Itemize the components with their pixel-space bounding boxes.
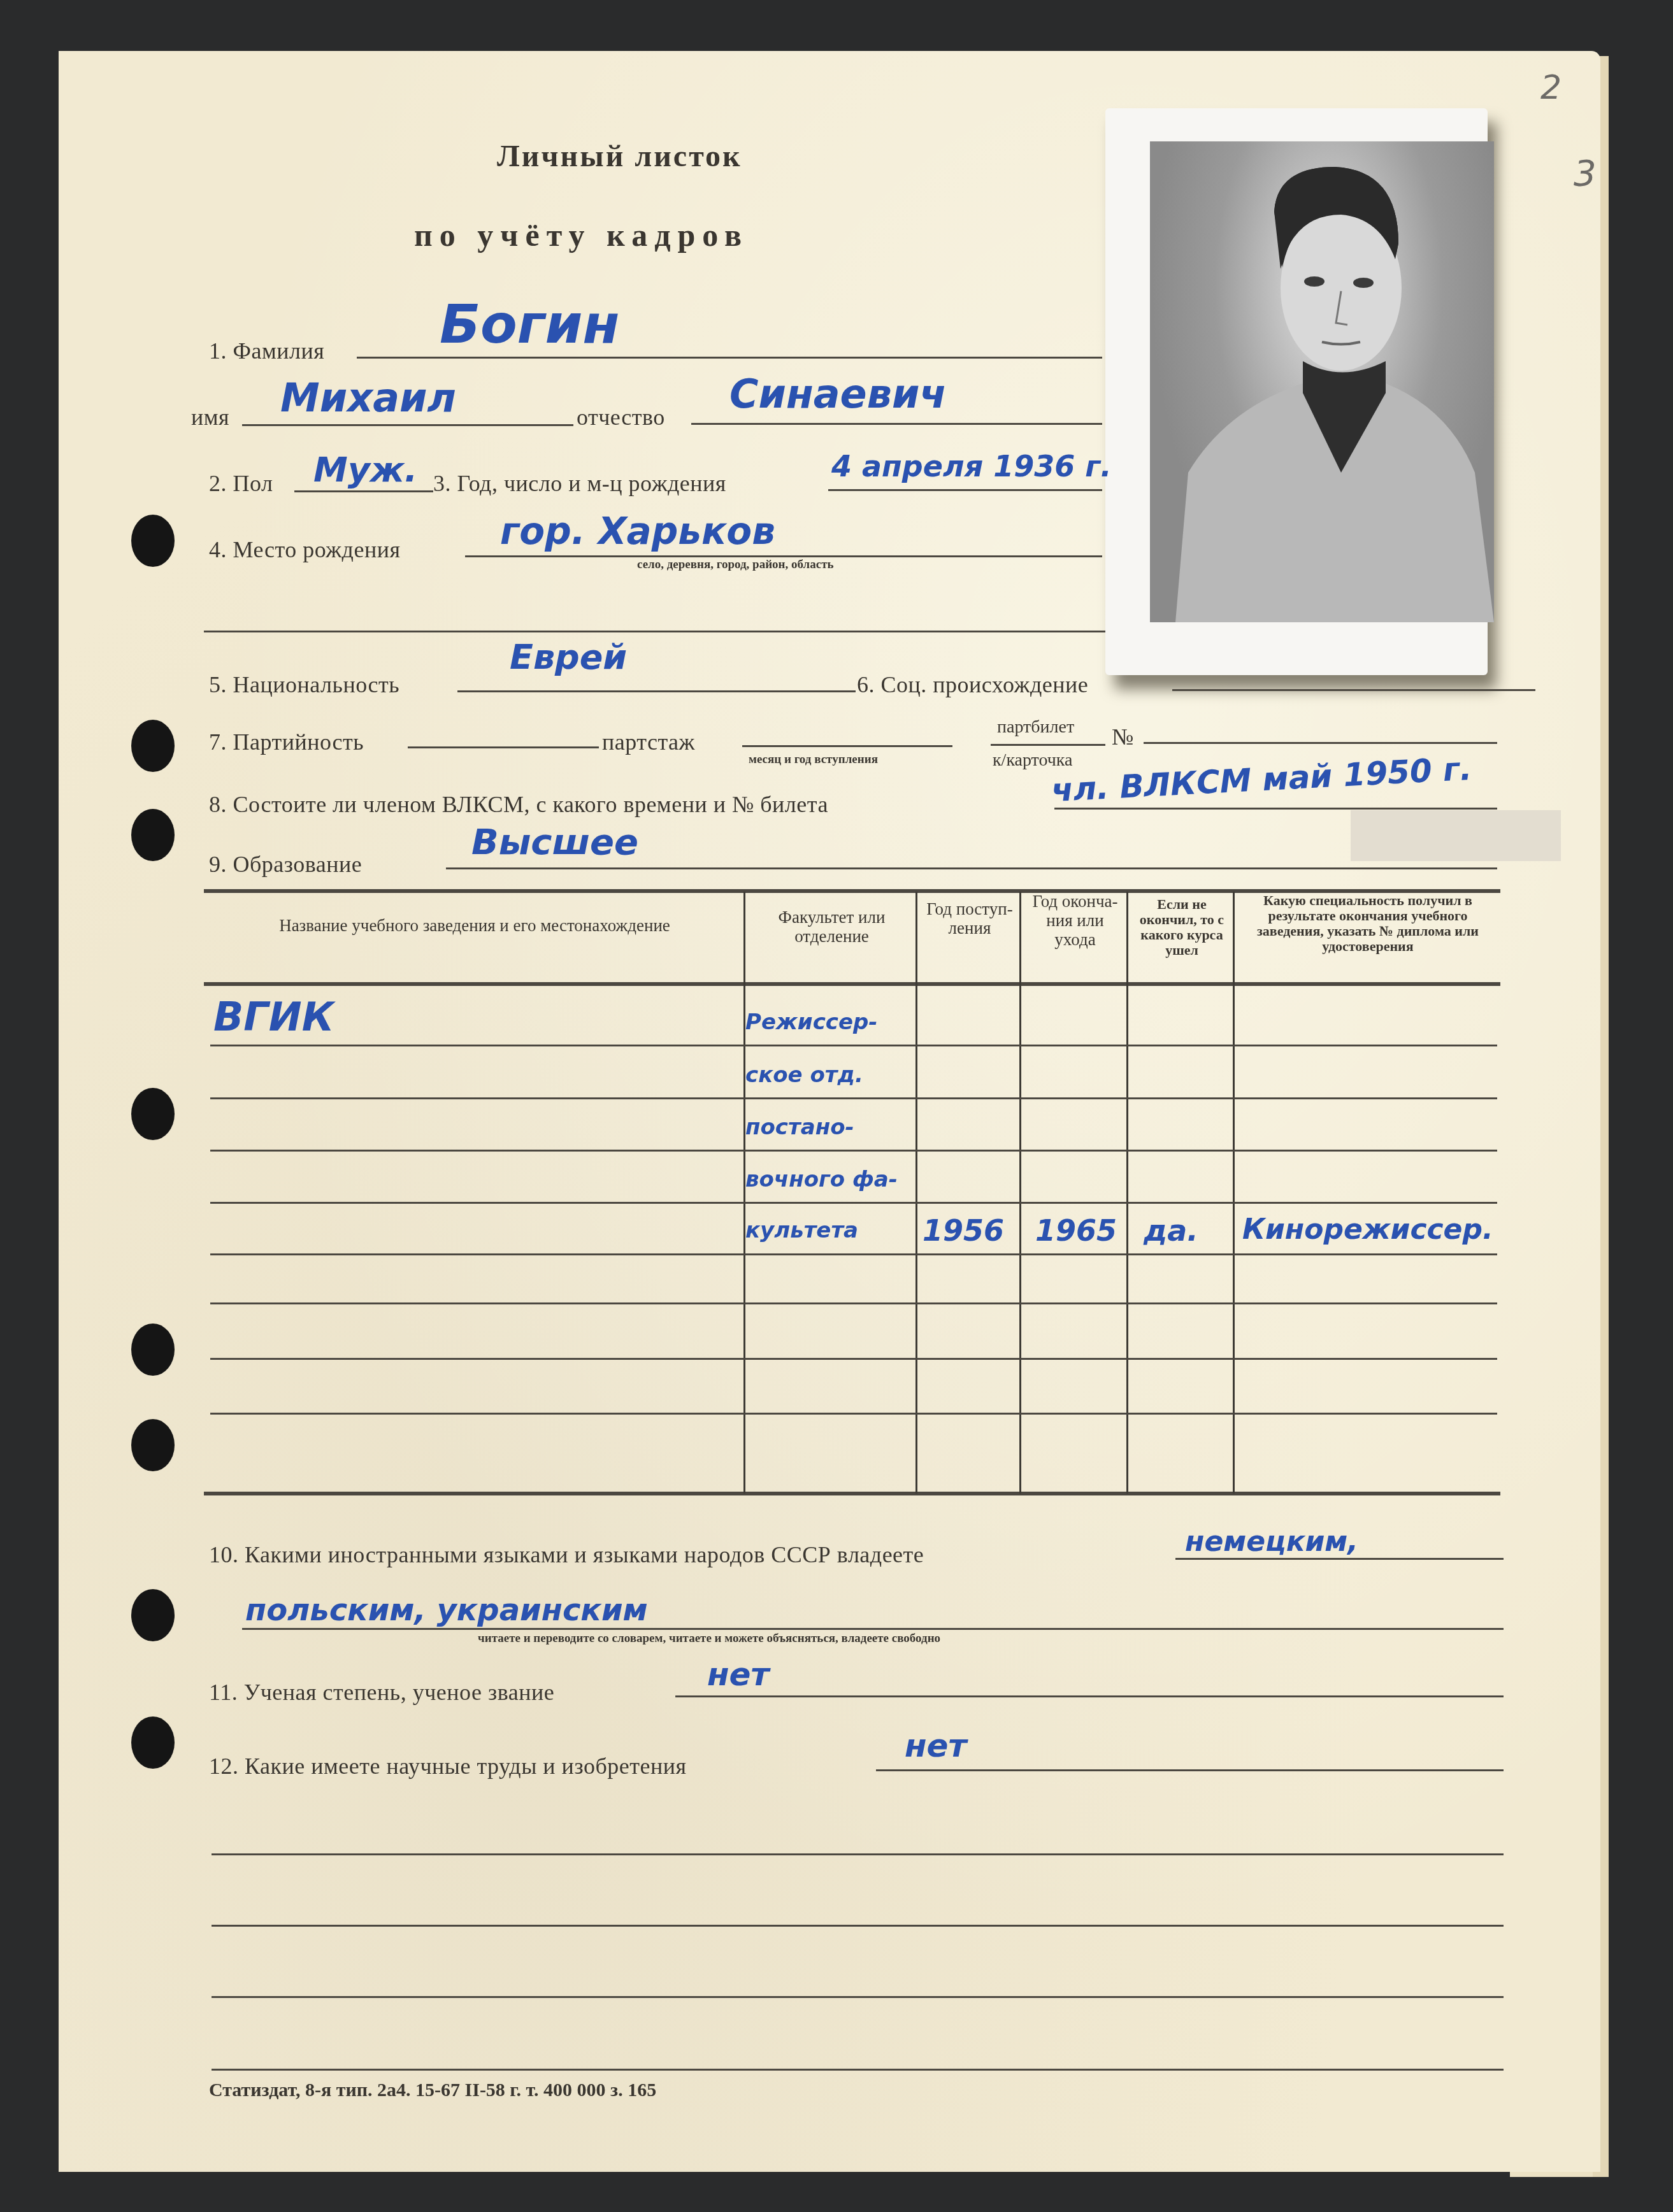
party-card-label: партбилет [997, 717, 1074, 738]
blank-line [212, 1996, 1504, 1998]
sex-line [294, 490, 433, 492]
komsomol-line [1054, 808, 1497, 810]
party-card-number-label: № [1112, 724, 1134, 750]
table-row-line [210, 1253, 1497, 1255]
patronymic-label: отчество [577, 404, 665, 431]
table-header-year-in: Год поступ-ления [923, 899, 1017, 938]
languages-value-2[interactable]: польским, украинским [245, 1592, 648, 1628]
table-row-line [210, 1358, 1497, 1360]
nationality-line [457, 690, 856, 692]
table-header-faculty: Факультет или отделение [750, 908, 913, 946]
binder-hole [131, 1716, 175, 1769]
scientific-works-line [876, 1769, 1504, 1771]
first-name-line [242, 424, 573, 426]
nationality-label: 5. Национальность [209, 671, 399, 698]
degree-label: 11. Ученая степень, ученое звание [209, 1679, 554, 1706]
surname-value[interactable]: Богин [440, 293, 620, 355]
table-column-divider [915, 892, 917, 1494]
faculty-cell-line[interactable]: культета [745, 1218, 858, 1243]
birth-date-line [828, 489, 1102, 491]
binder-hole [131, 515, 175, 567]
table-row-line [210, 1097, 1497, 1099]
blank-line [212, 1853, 1504, 1855]
education-value[interactable]: Высшее [471, 822, 638, 863]
birth-date-label: 3. Год, число и м-ц рождения [433, 470, 726, 497]
party-card-number-line[interactable] [1144, 742, 1497, 744]
table-column-divider [743, 892, 745, 1494]
birth-date-value[interactable]: 4 апреля 1936 г. [831, 449, 1112, 483]
not-finished-cell[interactable]: да. [1144, 1213, 1198, 1248]
redacted-area [1351, 810, 1561, 861]
party-card-sub-label: к/карточка [993, 750, 1072, 771]
binder-hole [131, 809, 175, 861]
sex-label: 2. Пол [209, 470, 273, 497]
portrait-silhouette-icon [1150, 141, 1494, 622]
institution-cell[interactable]: ВГИК [213, 994, 334, 1040]
birthplace-value[interactable]: гор. Харьков [500, 510, 775, 553]
sex-value[interactable]: Муж. [313, 450, 417, 490]
table-row-line [210, 1202, 1497, 1204]
faculty-cell-line[interactable]: Режиссер- [745, 1010, 877, 1035]
nationality-value[interactable]: Еврей [510, 637, 627, 677]
printer-imprint: Статиздат, 8-я тип. 2а4. 15-67 II-58 г. … [209, 2080, 656, 2101]
table-column-divider [1126, 892, 1128, 1494]
year-in-cell[interactable]: 1956 [923, 1213, 1004, 1248]
document-subtitle: по учёту кадров [414, 217, 749, 253]
languages-line [1175, 1558, 1504, 1560]
binder-hole [131, 1324, 175, 1376]
binder-hole [131, 720, 175, 772]
education-line [446, 867, 1497, 869]
party-membership-label: 7. Партийность [209, 729, 364, 755]
party-tenure-label: партстаж [602, 729, 695, 755]
table-header-bottom-border [204, 982, 1500, 986]
komsomol-label: 8. Состоите ли членом ВЛКСМ, с какого вр… [209, 791, 828, 818]
surname-line [357, 357, 1102, 359]
blank-line [212, 1925, 1504, 1927]
page-number-pencil: 2 [1540, 69, 1562, 107]
languages-value-1[interactable]: немецким, [1185, 1525, 1358, 1558]
party-tenure-caption: месяц и год вступления [749, 753, 878, 767]
table-bottom-border [204, 1492, 1500, 1495]
table-header-specialty: Какую специальность получил в результате… [1237, 893, 1498, 954]
faculty-cell-line[interactable]: постано- [745, 1115, 854, 1140]
page-number-pencil-2: 3 [1574, 153, 1597, 194]
education-label: 9. Образование [209, 851, 362, 878]
first-name-value[interactable]: Михаил [280, 375, 456, 421]
specialty-cell[interactable]: Кинорежиссер. [1242, 1213, 1493, 1246]
languages-line-2 [242, 1628, 1504, 1630]
document-title: Личный листок [497, 139, 742, 174]
first-name-label: имя [191, 404, 229, 431]
birthplace-caption: село, деревня, город, район, область [637, 558, 834, 572]
languages-caption: читаете и переводите со словарем, читает… [478, 1632, 940, 1646]
birthplace-line [465, 555, 1102, 557]
portrait-image [1150, 141, 1494, 622]
table-header-not-finished: Если не окончил, то с какого курса ушел [1131, 897, 1233, 958]
degree-line [675, 1695, 1504, 1697]
portrait-photo [1105, 108, 1488, 675]
faculty-cell-line[interactable]: вочного фа- [745, 1167, 898, 1192]
social-origin-label: 6. Соц. происхождение [857, 671, 1088, 698]
party-membership-line[interactable] [408, 746, 599, 748]
scientific-works-value[interactable]: нет [905, 1727, 966, 1764]
table-row-line [210, 1045, 1497, 1046]
table-column-divider [1019, 892, 1021, 1494]
patronymic-line [691, 423, 1102, 425]
binder-hole [131, 1589, 175, 1641]
birthplace-extra-line [204, 631, 1105, 632]
social-origin-line[interactable] [1172, 689, 1535, 691]
surname-label: 1. Фамилия [209, 338, 324, 364]
scientific-works-label: 12. Какие имеете научные труды и изобрет… [209, 1753, 687, 1780]
languages-label: 10. Какими иностранными языками и языкам… [209, 1541, 924, 1568]
binder-hole [131, 1088, 175, 1140]
party-card-line[interactable] [991, 744, 1105, 746]
party-tenure-line[interactable] [742, 745, 952, 747]
degree-value[interactable]: нет [707, 1656, 769, 1693]
year-out-cell[interactable]: 1965 [1035, 1213, 1117, 1248]
table-row-line [210, 1150, 1497, 1152]
table-row-line [210, 1302, 1497, 1304]
table-header-year-out: Год оконча-ния или ухода [1026, 892, 1124, 949]
table-column-divider [1233, 892, 1235, 1494]
table-row-line [210, 1413, 1497, 1415]
binder-hole [131, 1419, 175, 1471]
birthplace-label: 4. Место рождения [209, 536, 401, 563]
faculty-cell-line[interactable]: ское отд. [745, 1062, 863, 1088]
patronymic-value[interactable]: Синаевич [729, 371, 947, 417]
blank-line [212, 2069, 1504, 2071]
table-header-institution: Название учебного заведения и его местон… [210, 916, 739, 935]
